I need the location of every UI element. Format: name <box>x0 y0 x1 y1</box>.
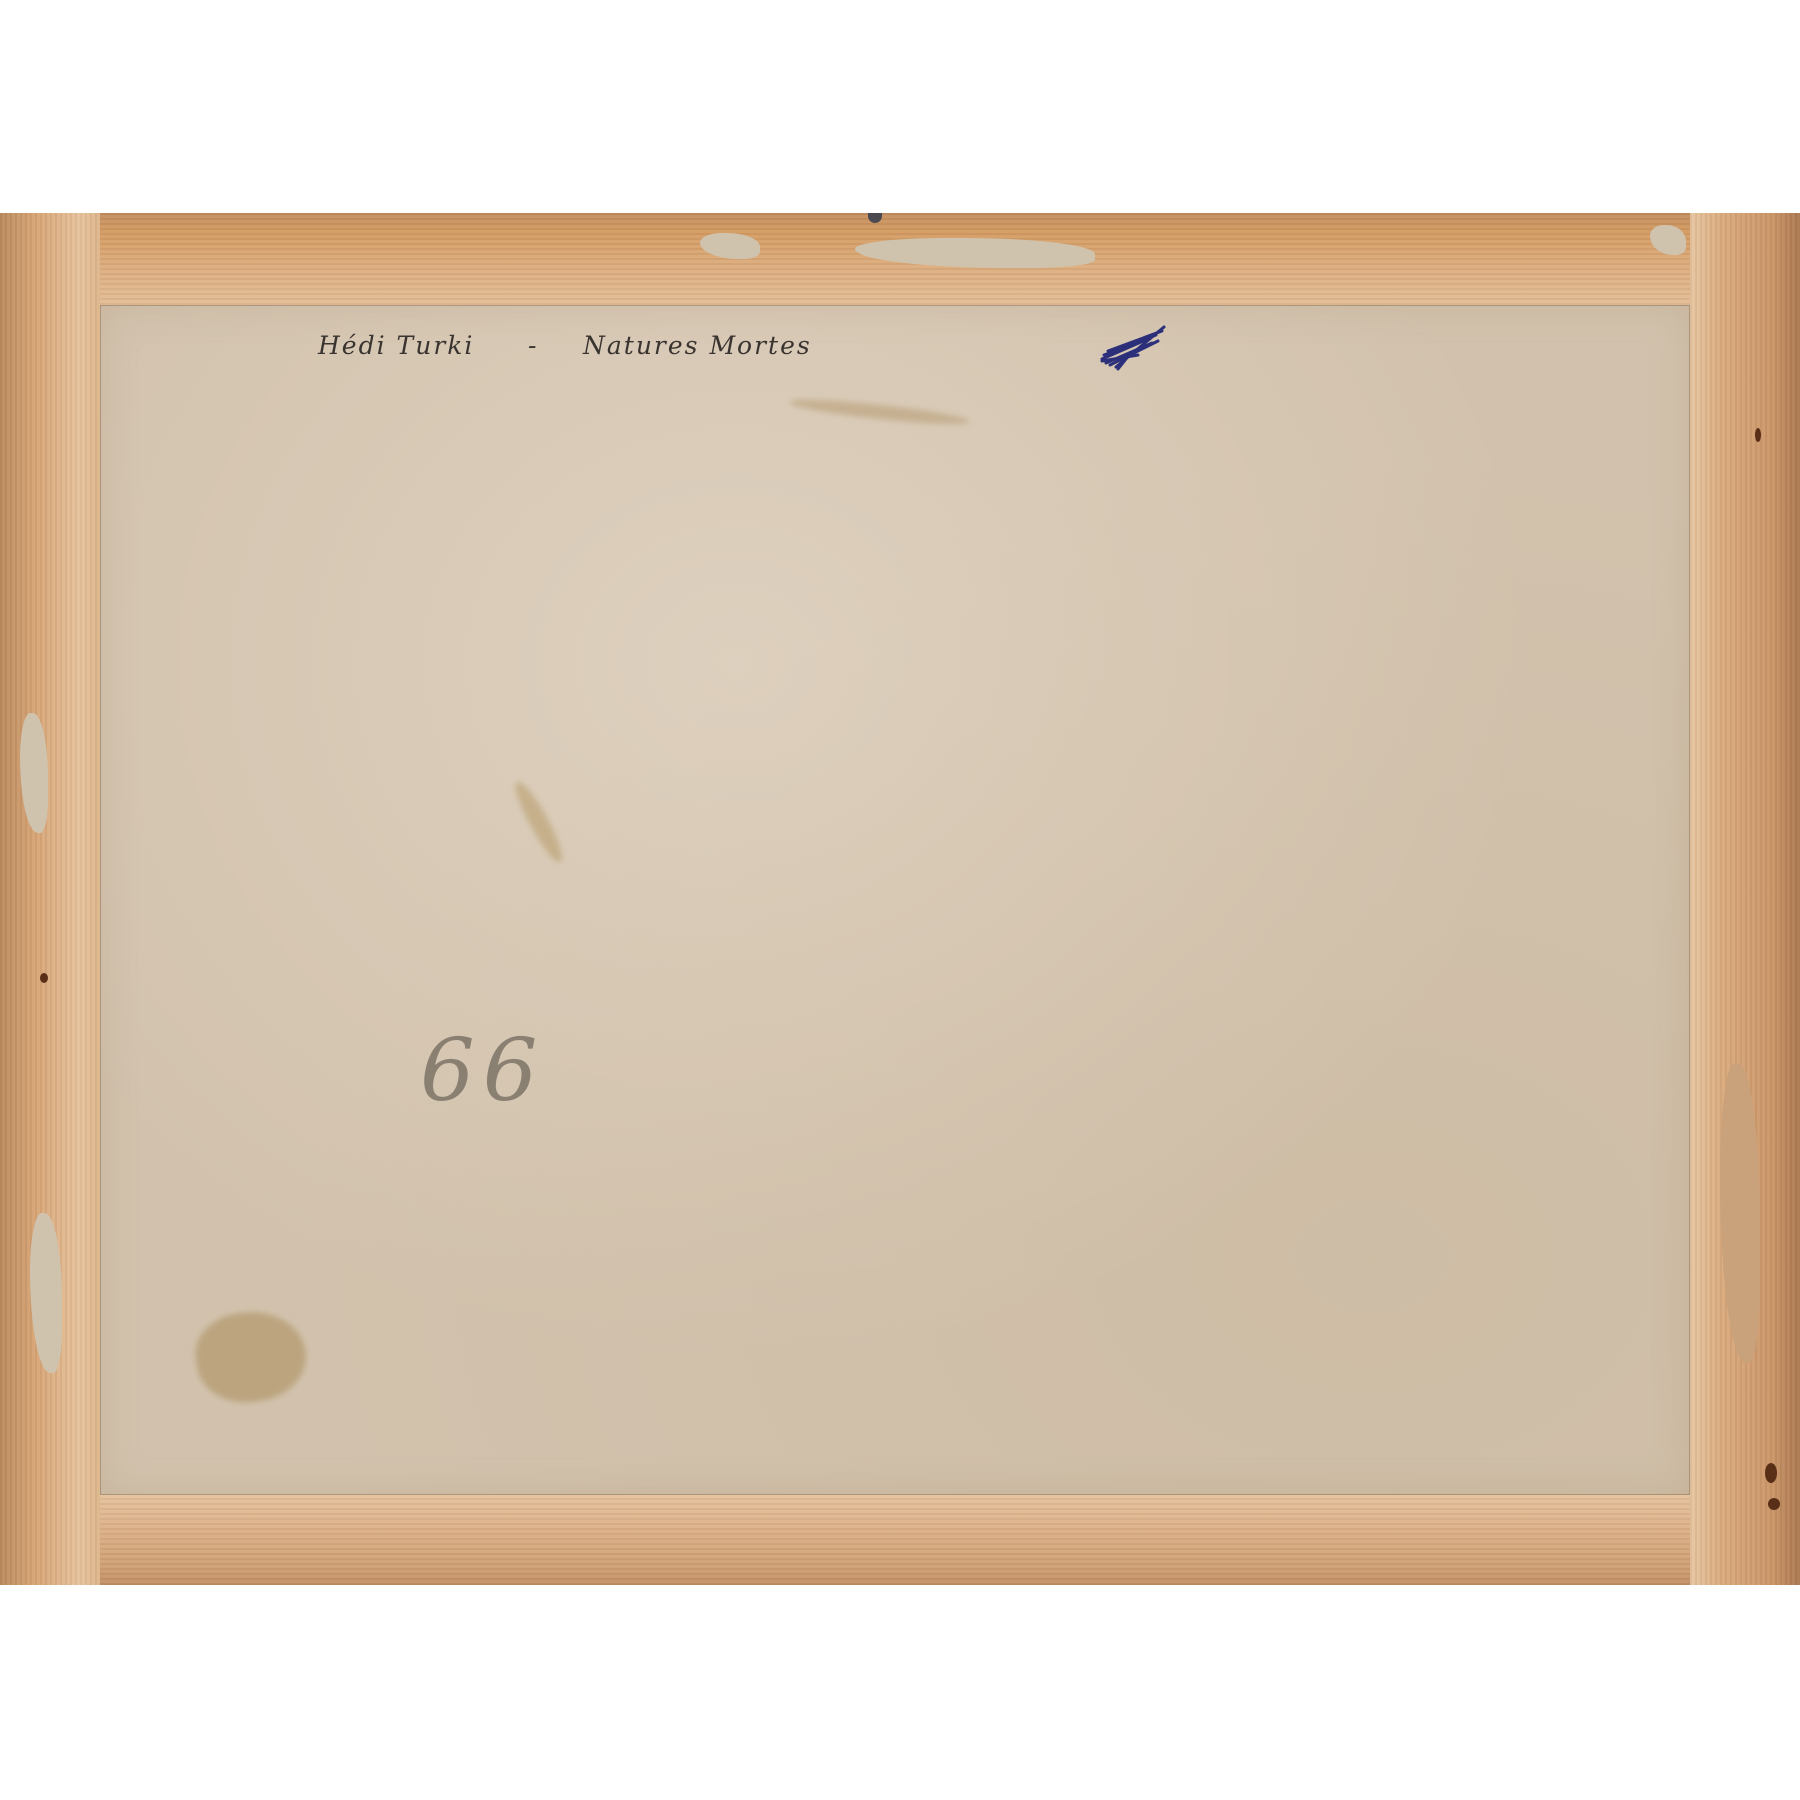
framed-painting-back: Hédi Turki - Natures Mortes 66 <box>0 213 1800 1585</box>
worm-hole <box>40 973 48 983</box>
ink-scribble-icon <box>1098 325 1170 371</box>
backing-board: Hédi Turki - Natures Mortes 66 <box>100 305 1690 1495</box>
worm-hole <box>1768 1498 1780 1510</box>
stain <box>510 778 568 866</box>
pencil-number: 66 <box>420 1021 545 1121</box>
frame-bottom-rail <box>0 1495 1800 1585</box>
inscription-separator: - <box>528 331 538 360</box>
artwork-title: Natures Mortes <box>583 331 812 360</box>
artist-name: Hédi Turki <box>318 331 474 360</box>
stain <box>190 1305 311 1409</box>
worm-hole <box>1755 428 1761 442</box>
frame-left-rail <box>0 213 100 1585</box>
stain <box>790 396 970 429</box>
frame-right-rail <box>1690 213 1800 1585</box>
worm-hole <box>1765 1463 1777 1483</box>
